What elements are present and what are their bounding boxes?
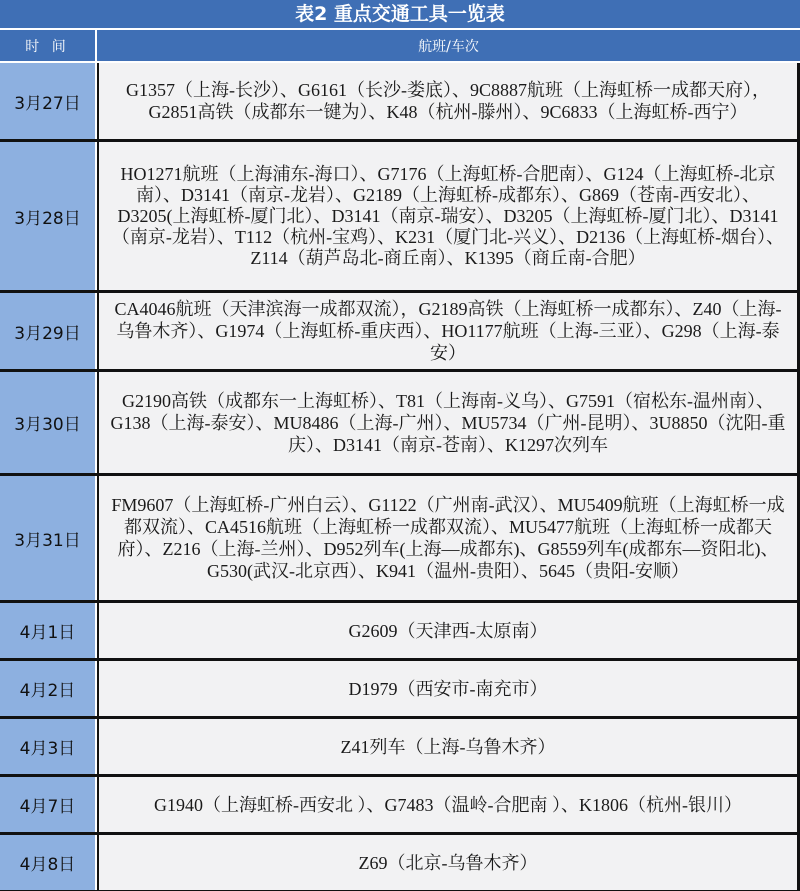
table-row: 3月29日 CA4046航班（天津滨海一成都双流），G2189高铁（上海虹桥一成… — [0, 293, 800, 372]
table-row: 3月31日 FM9607（上海虹桥-广州白云）、G1122（广州南-武汉）、MU… — [0, 476, 800, 603]
row-date: 4月3日 — [0, 719, 97, 774]
row-transport: Z69（北京-乌鲁木齐） — [97, 835, 800, 890]
row-date: 4月7日 — [0, 777, 97, 832]
table-row: 4月2日 D1979（西安市-南充市） — [0, 661, 800, 719]
row-transport: G2190高铁（成都东一上海虹桥）、T81（上海南-义乌）、G7591（宿松东-… — [97, 372, 800, 473]
row-date: 4月2日 — [0, 661, 97, 716]
row-date: 3月31日 — [0, 476, 97, 600]
row-transport: G2609（天津西-太原南） — [97, 603, 800, 658]
row-transport: Z41列车（上海-乌鲁木齐） — [97, 719, 800, 774]
table-header: 时 间 航班/车次 — [0, 30, 800, 63]
row-transport: D1979（西安市-南充市） — [97, 661, 800, 716]
header-detail: 航班/车次 — [97, 30, 800, 61]
header-time: 时 间 — [0, 30, 97, 61]
table-row: 4月7日 G1940（上海虹桥-西安北 ）、G7483（温岭-合肥南 ）、K18… — [0, 777, 800, 835]
row-date: 3月28日 — [0, 142, 97, 290]
row-date: 3月27日 — [0, 63, 97, 139]
row-date: 4月1日 — [0, 603, 97, 658]
table-row: 3月27日 G1357（上海-长沙）、G6161（长沙-娄底）、9C8887航班… — [0, 63, 800, 142]
row-date: 4月8日 — [0, 835, 97, 890]
table-row: 4月1日 G2609（天津西-太原南） — [0, 603, 800, 661]
table-row: 4月3日 Z41列车（上海-乌鲁木齐） — [0, 719, 800, 777]
row-date: 3月30日 — [0, 372, 97, 473]
table-row: 3月30日 G2190高铁（成都东一上海虹桥）、T81（上海南-义乌）、G759… — [0, 372, 800, 476]
row-date: 3月29日 — [0, 293, 97, 369]
row-transport: G1357（上海-长沙）、G6161（长沙-娄底）、9C8887航班（上海虹桥一… — [97, 63, 800, 139]
table-row: 3月28日 HO1271航班（上海浦东-海口）、G7176（上海虹桥-合肥南）、… — [0, 142, 800, 293]
row-transport: CA4046航班（天津滨海一成都双流），G2189高铁（上海虹桥一成都东）、Z4… — [97, 293, 800, 369]
row-transport: G1940（上海虹桥-西安北 ）、G7483（温岭-合肥南 ）、K1806（杭州… — [97, 777, 800, 832]
table-title: 表2 重点交通工具一览表 — [0, 0, 800, 30]
row-transport: FM9607（上海虹桥-广州白云）、G1122（广州南-武汉）、MU5409航班… — [97, 476, 800, 600]
table-row: 4月8日 Z69（北京-乌鲁木齐） — [0, 835, 800, 891]
row-transport: HO1271航班（上海浦东-海口）、G7176（上海虹桥-合肥南）、G124（上… — [97, 142, 800, 290]
